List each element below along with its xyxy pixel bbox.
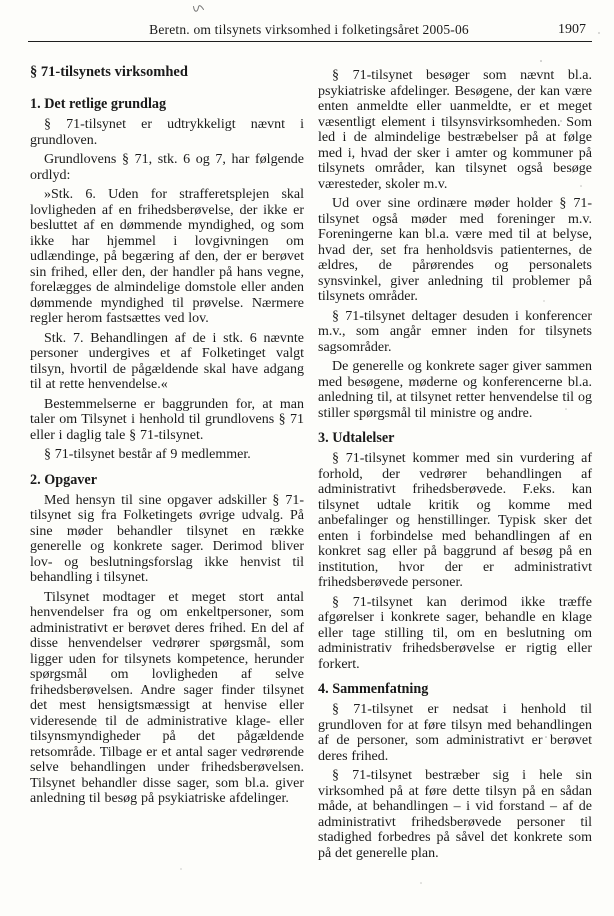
left-column: § 71-tilsynets virksomhed1. Det retlige …: [30, 64, 304, 861]
scan-artifact-speck: [540, 60, 542, 62]
scan-artifact-speck: [598, 32, 600, 34]
page-header: Beretn. om tilsynets virksomhed i folket…: [28, 22, 590, 40]
body-paragraph: § 71-tilsynet besøger som nævnt bl.a. ps…: [318, 68, 592, 192]
body-paragraph: Grundlovens § 71, stk. 6 og 7, har følge…: [30, 152, 304, 183]
body-paragraph: Tilsynet modtager et meget stort antal h…: [30, 590, 304, 807]
body-paragraph: § 71-tilsynet er udtrykkeligt nævnt i gr…: [30, 117, 304, 148]
right-column: § 71-tilsynet besøger som nævnt bl.a. ps…: [318, 64, 592, 861]
body-paragraph: § 71-tilsynet deltager desuden i konfere…: [318, 309, 592, 356]
body-paragraph: Stk. 7. Behandlingen af de i stk. 6 nævn…: [30, 331, 304, 393]
body-paragraph: Med hensyn til sine opgaver adskiller § …: [30, 493, 304, 586]
section-heading: 1. Det retlige grundlag: [30, 96, 304, 113]
scanned-document-page: Beretn. om tilsynets virksomhed i folket…: [0, 0, 614, 916]
section-heading: 2. Opgaver: [30, 472, 304, 489]
scan-artifact-squiggle: [192, 2, 206, 16]
section-heading: 4. Sammenfatning: [318, 681, 592, 698]
scan-artifact-speck: [180, 868, 182, 870]
header-rule: [28, 41, 592, 42]
body-paragraph: § 71-tilsynet er nedsat i henhold til gr…: [318, 702, 592, 764]
body-paragraph: § 71-tilsynet består af 9 medlemmer.: [30, 447, 304, 463]
running-header-title: Beretn. om tilsynets virksomhed i folket…: [28, 22, 590, 38]
body-paragraph: De generelle og konkrete sager giver sam…: [318, 359, 592, 421]
body-paragraph: Ud over sine ordinære møder holder § 71-…: [318, 196, 592, 305]
body-paragraph: Bestemmelserne er baggrunden for, at man…: [30, 397, 304, 444]
body-paragraph: § 71-tilsynet kan derimod ikke træffe af…: [318, 595, 592, 673]
body-paragraph: § 71-tilsynet kommer med sin vurdering a…: [318, 451, 592, 591]
page-number: 1907: [558, 22, 586, 38]
document-body: § 71-tilsynets virksomhed1. Det retlige …: [30, 64, 592, 861]
scan-artifact-speck: [420, 882, 422, 884]
document-title: § 71-tilsynets virksomhed: [30, 64, 304, 81]
section-heading: 3. Udtalelser: [318, 430, 592, 447]
body-paragraph: § 71-tilsynet bestræber sig i hele sin v…: [318, 768, 592, 861]
body-paragraph: »Stk. 6. Uden for strafferetsplejen skal…: [30, 187, 304, 327]
